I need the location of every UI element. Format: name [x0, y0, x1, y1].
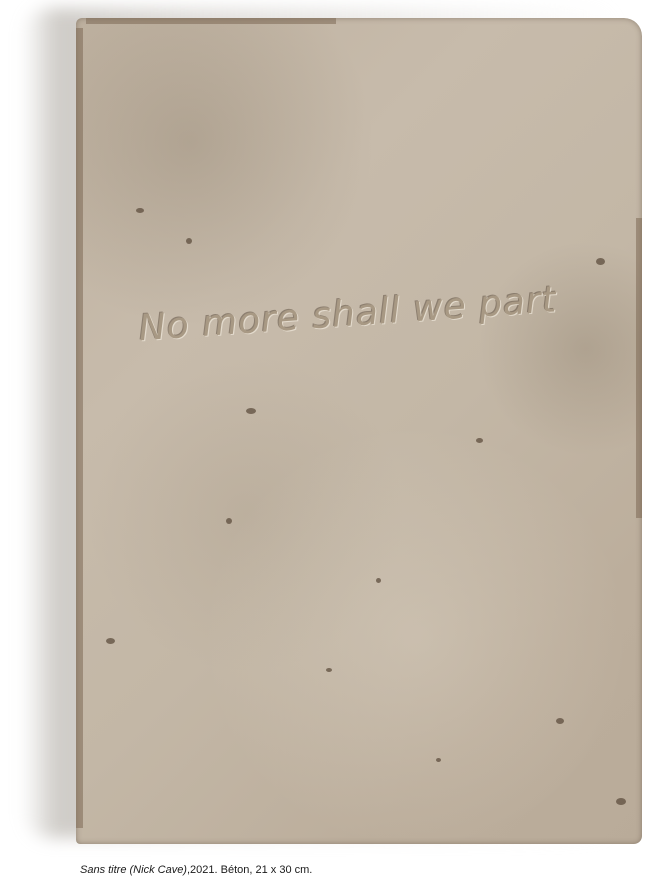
caption-details: ,2021. Béton, 21 x 30 cm.: [187, 864, 312, 876]
concrete-slab-artwork: [76, 18, 642, 844]
broken-edge-top: [86, 18, 336, 24]
broken-edge-left: [76, 28, 83, 828]
broken-edge-right: [636, 218, 642, 518]
artwork-caption: Sans titre (Nick Cave),2021. Béton, 21 x…: [80, 864, 312, 876]
caption-title: Sans titre (Nick Cave): [80, 864, 187, 876]
